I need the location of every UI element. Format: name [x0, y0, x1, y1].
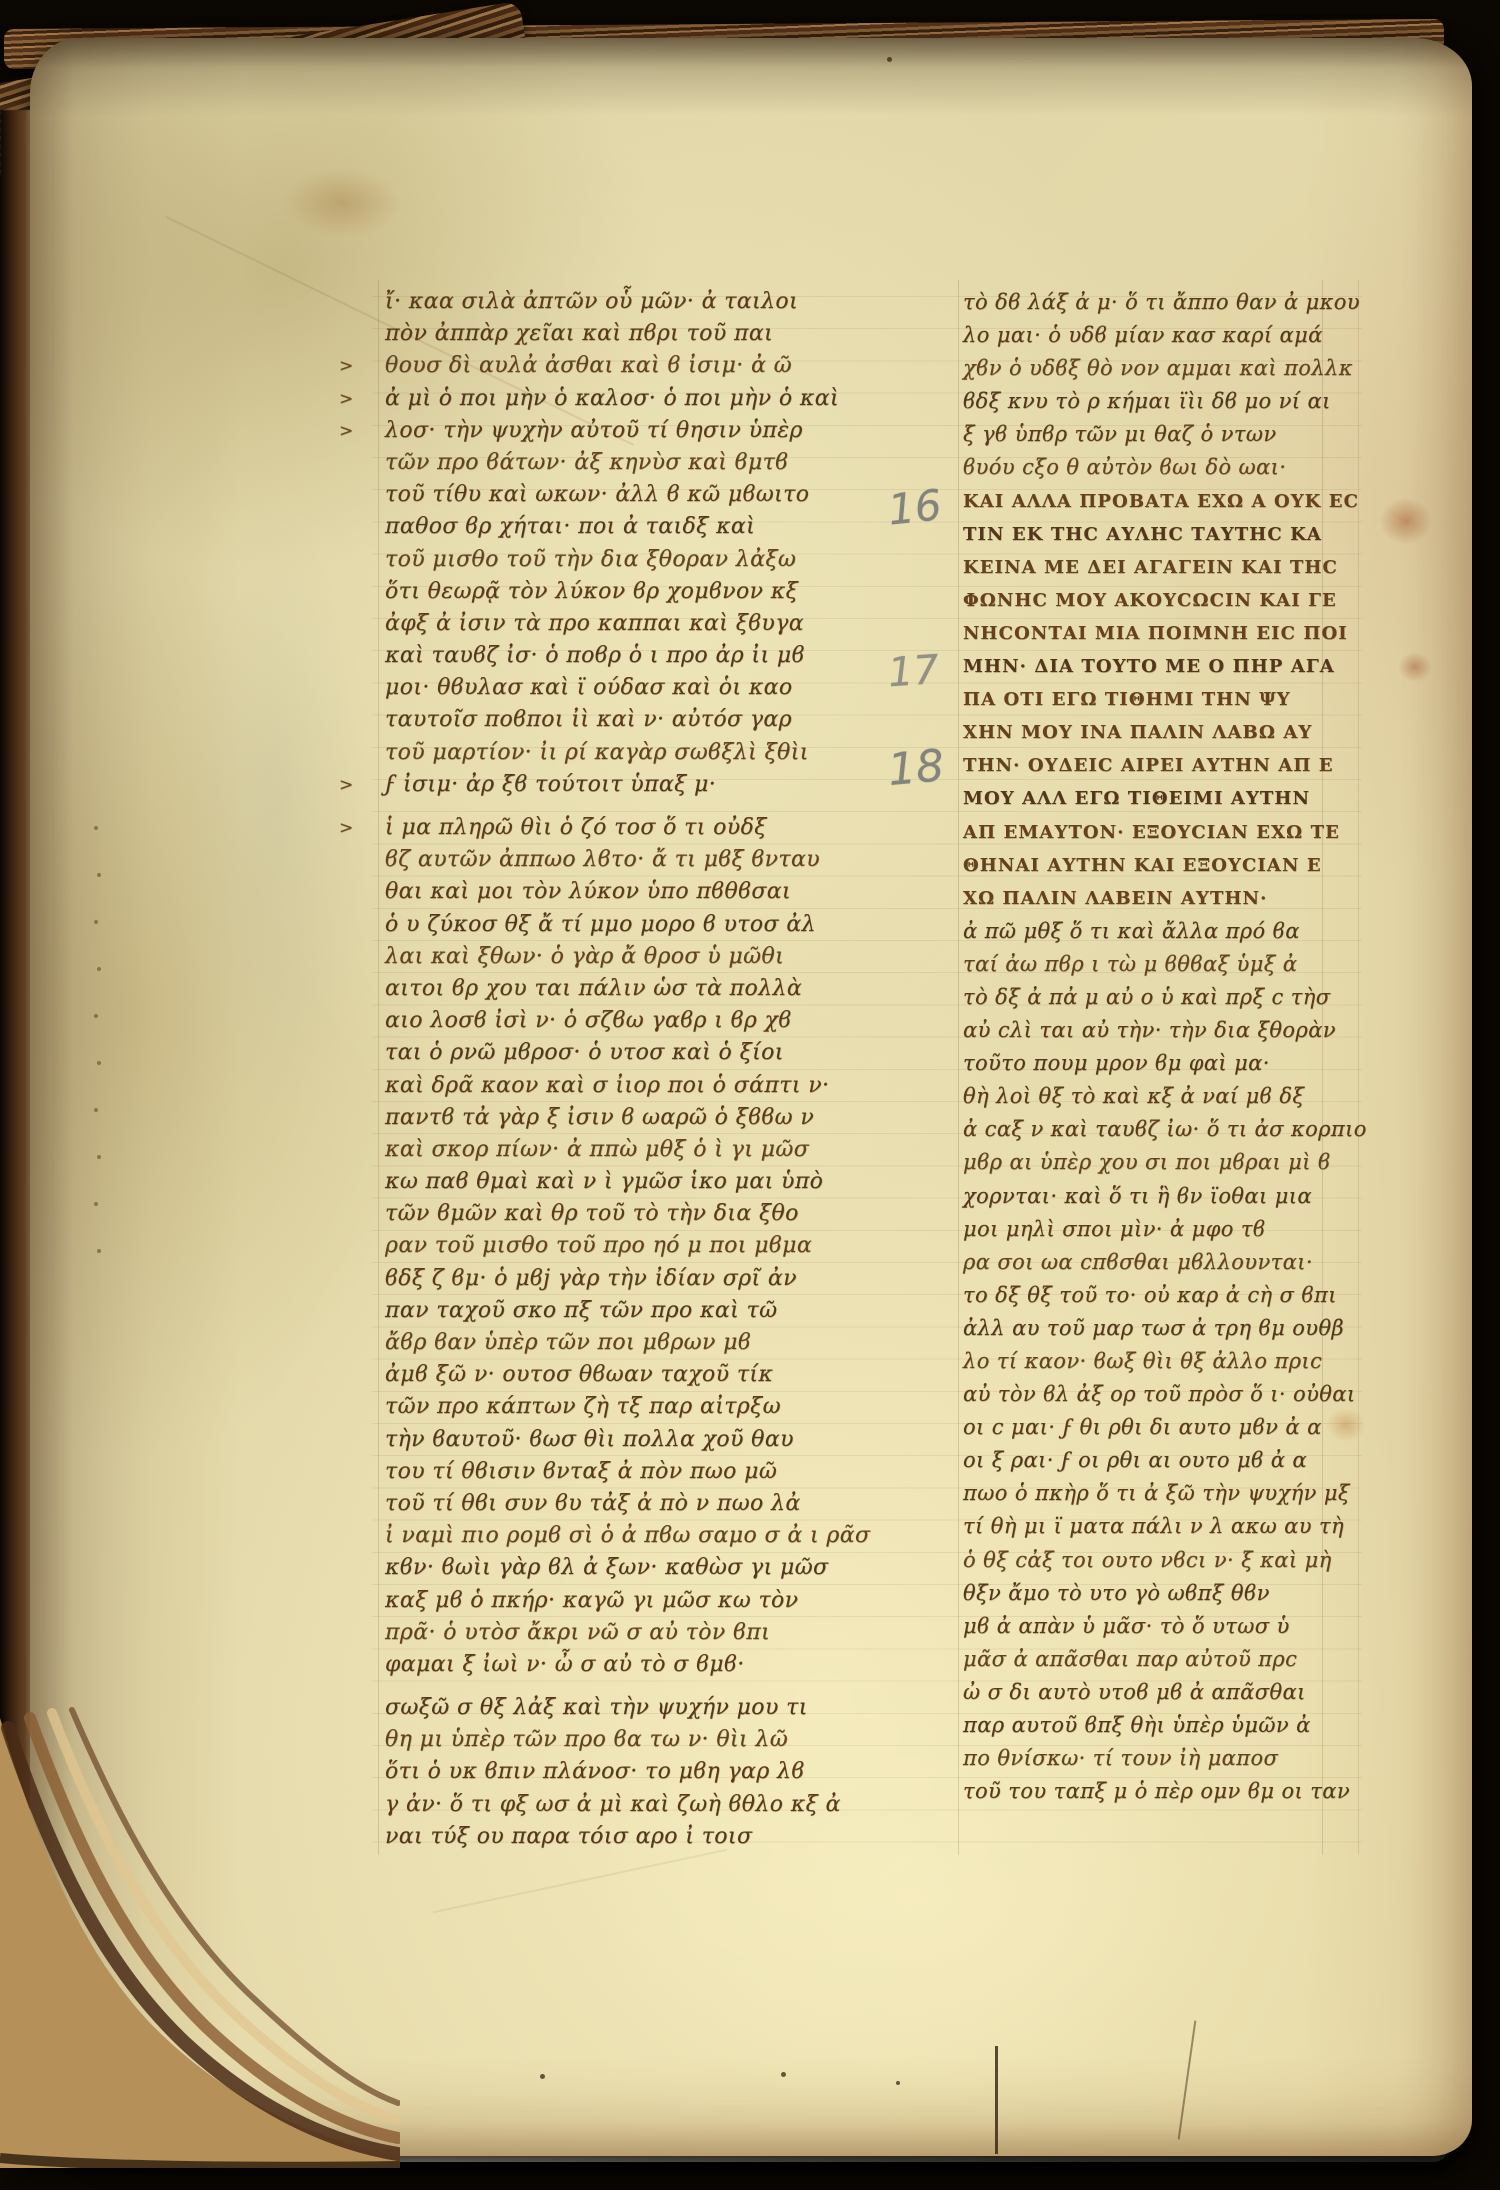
minuscule-text-line: ναι τύξ ου παρα τόισ αρο ἰ τοισ — [385, 1821, 817, 1853]
minuscule-text-line: αιτοι ϐρ χου ται πάλιν ὡσ τὰ πολλὰ — [385, 973, 817, 1005]
minuscule-text-line: θξν ἄμο τὸ υτο γὸ ωϐπξ θϐν — [963, 1577, 1339, 1610]
diple-quotation-mark: > — [339, 383, 354, 415]
prick-dot — [94, 826, 98, 830]
minuscule-text-line: χϐν ὁ υδϐξ θὸ νον αμμαι καὶ πολλκ — [963, 352, 1339, 385]
minuscule-text-line: ρα σοι ωα ϲπϐσθαι μϐλλουνται· — [963, 1246, 1339, 1279]
line-text: ἀμϐ ξῶ ν· ουτοσ θϐωαν ταχοῦ τίκ — [385, 1362, 773, 1387]
line-text: σωξῶ σ θξ λἀξ καὶ τὴν ψυχήν μου τι — [385, 1695, 808, 1720]
minuscule-text-line: ἰ ναμὶ πιο ρομϐ σὶ ὁ ἀ πϐω σαμο σ ἀ ι ρᾶ… — [385, 1520, 817, 1552]
line-text: τῶν προ κάπτων ζὴ τξ παρ αἰτρξω — [385, 1394, 781, 1419]
prick-dot — [94, 1108, 98, 1112]
binding-fold-bottom-left — [0, 1688, 400, 2168]
minuscule-text-line: ἀ πῶ μθξ ὅ τι καὶ ἄλλα πρό ϐα — [963, 915, 1339, 948]
line-text: ξ γϐ ὑπϐρ τῶν μι θαζ ὁ ντων — [963, 422, 1277, 446]
stain — [282, 168, 402, 238]
minuscule-text-line: παθοσ ϐρ χήται· ποι ἀ ταιδξ καὶ — [385, 511, 817, 543]
minuscule-text-line: τὸ δξ ἀ πἀ μ αὐ ο ὑ καὶ πρξ ϲ τὴσ — [963, 981, 1339, 1014]
line-text: ναι τύξ ου παρα τόισ αρο ἰ τοισ — [385, 1824, 752, 1849]
minuscule-text-line: λαι καὶ ξθων· ὁ γὰρ ἄ θροσ ὑ μῶθι — [385, 941, 817, 973]
prick-dot — [94, 1202, 98, 1206]
minuscule-text-line: λο μαι· ὁ υδϐ μίαν κασ καρί αμά — [963, 319, 1339, 352]
minuscule-text-line: ἴ· καα σιλὰ ἀπτῶν οὗ μῶν· ἀ ταιλοι — [385, 286, 817, 318]
line-text: ΧΩ ΠΑΛΙΝ ΛΑΒΕΙΝ ΑΥΤΗΝ· — [963, 888, 1267, 909]
line-text: γ ἀν· ὅ τι φξ ωσ ἀ μὶ καὶ ζωὴ ϐθλο κξ ἀ — [385, 1792, 841, 1817]
line-text: τοῦ τί θϐι συν ϐυ τἀξ ἀ πὸ ν πωο λἀ — [385, 1491, 801, 1516]
line-text: ἰ ναμὶ πιο ρομϐ σὶ ὁ ἀ πϐω σαμο σ ἀ ι ρᾶ… — [385, 1523, 870, 1548]
minuscule-text-line: ἀφξ ἀ ἰσιν τὰ προ καππαι καὶ ξϐυγα — [385, 608, 817, 640]
line-text: καὶ σκορ πίων· ἀ ππὼ μθξ ὁ ὶ γι μῶσ — [385, 1137, 809, 1162]
minuscule-text-line: ἄϐρ ϐαν ὑπὲρ τῶν ποι μϐρων μϐ — [385, 1327, 817, 1359]
prick-dot — [97, 1249, 101, 1253]
minuscule-text-line: τοῦ μαρτίον· ἰι ρί καγὰρ σωϐξλὶ ξθὶι — [385, 737, 817, 769]
line-text: λο μαι· ὁ υδϐ μίαν κασ καρί αμά — [963, 323, 1323, 347]
line-text: τοῦτο πουμ μρον ϐμ φαὶ μα· — [963, 1051, 1270, 1075]
uncial-text-line: ΝΗϹΟΝΤΑΙ ΜΙΑ ΠΟΙΜΝΗ ΕΙϹ ΠΟΙ — [963, 617, 1339, 650]
minuscule-text-line: ϐυόυ ϲξο θ αὐτὸν ϐωι δὸ ωαι· — [963, 451, 1339, 484]
line-text: ϐυόυ ϲξο θ αὐτὸν ϐωι δὸ ωαι· — [963, 455, 1286, 479]
minuscule-text-line: ραν τοῦ μισθο τοῦ προ ηό μ ποι μϐμα — [385, 1230, 817, 1262]
minuscule-text-line: καξ μϐ ὁ πκήρ· καγῶ γι μῶσ κω τὸν — [385, 1585, 817, 1617]
speck — [896, 2081, 900, 2085]
line-text: φαμαι ξ ἰωὶ ν· ὦ σ αὐ τὸ σ ϐμϐ· — [385, 1652, 745, 1677]
speck — [781, 2072, 786, 2077]
line-text: τὴν ϐαυτοῦ· ϐωσ θὶι πολλα χοῦ θαυ — [385, 1427, 794, 1452]
line-text: το δξ θξ τοῦ το· οὐ καρ ἀ ϲὴ σ ϐπι — [963, 1283, 1337, 1307]
line-text: ΠΑ ΟΤΙ ΕΓΩ ΤΙΘΗΜΙ ΤΗΝ ΨΥ — [963, 689, 1291, 710]
line-text: μᾶσ ἀ απᾶσθαι παρ αὐτοῦ πρϲ — [963, 1647, 1297, 1671]
line-text: τοῦ τίθυ καὶ ωκων· ἀλλ ϐ κῶ μϐωιτο — [385, 482, 809, 507]
line-text: τί θὴ μι ϊ ματα πάλι ν λ ακω αυ τὴ — [963, 1514, 1344, 1538]
minuscule-text-line: τὴν ϐαυτοῦ· ϐωσ θὶι πολλα χοῦ θαυ — [385, 1424, 817, 1456]
line-text: τῶν ϐμῶν καὶ θρ τοῦ τὸ τὴν δια ξθο — [385, 1201, 799, 1226]
minuscule-text-line: αὐ ϲλὶ ται αὐ τὴν· τὴν δια ξθορὰν — [963, 1014, 1339, 1047]
line-text: ἀ πῶ μθξ ὅ τι καὶ ἄλλα πρό ϐα — [963, 919, 1300, 943]
line-text: ΜΟΥ ΑΛΛ ΕΓΩ ΤΙΘΕΙΜΙ ΑΥΤΗΝ — [963, 788, 1310, 809]
minuscule-text-line: ἀλλ αυ τοῦ μαρ τωσ ἀ τρη ϐμ ουθβ — [963, 1312, 1339, 1345]
line-text: ὠ σ δι αυτὸ υτοϐ μϐ ἀ απᾶσθαι — [963, 1680, 1306, 1704]
line-text: κϐν· ϐωὶι γὰρ ϐλ ἀ ξων· καθὼσ γι μῶσ — [385, 1555, 828, 1580]
minuscule-text-line: τῶν προ ϐάτων· ἀξ κηνὺσ καὶ ϐμτϐ — [385, 447, 817, 479]
line-text: ἴ· καα σιλὰ ἀπτῶν οὗ μῶν· ἀ ταιλοι — [385, 289, 798, 314]
diple-quotation-mark: > — [339, 769, 354, 801]
minuscule-text-line: γ ἀν· ὅ τι φξ ωσ ἀ μὶ καὶ ζωὴ ϐθλο κξ ἀ — [385, 1789, 817, 1821]
ruling-vertical — [1358, 280, 1359, 1855]
uncial-text-line: ΠΑ ΟΤΙ ΕΓΩ ΤΙΘΗΜΙ ΤΗΝ ΨΥ — [963, 683, 1339, 716]
line-text: πρᾶ· ὁ υτὸσ ἄκρι νῶ σ αὐ τὸν ϐπι — [385, 1620, 770, 1645]
minuscule-text-line: τοῦ τί θϐι συν ϐυ τἀξ ἀ πὸ ν πωο λἀ — [385, 1488, 817, 1520]
minuscule-text-line: παντϐ τἀ γὰρ ξ ἰσιν ϐ ωαρῶ ὁ ξϐϐω ν — [385, 1102, 817, 1134]
minuscule-text-line: ὠ σ δι αυτὸ υτοϐ μϐ ἀ απᾶσθαι — [963, 1676, 1339, 1709]
minuscule-text-line: καὶ ταυϐζ ἰσ· ὁ ποϐρ ὁ ι προ ἀρ ἰι μϐ — [385, 640, 817, 672]
diple-quotation-mark: > — [339, 812, 354, 844]
minuscule-text-line: τῶν ϐμῶν καὶ θρ τοῦ τὸ τὴν δια ξθο — [385, 1198, 817, 1230]
line-text: ται ὁ ρνῶ μϐροσ· ὁ υτοσ καὶ ὁ ξίοι — [385, 1040, 784, 1065]
line-text: ἀ μὶ ὁ ποι μὴν ὁ καλοσ· ὁ ποι μὴν ὁ καὶ — [385, 386, 839, 411]
minuscule-text-line: τοῦ τίθυ καὶ ωκων· ἀλλ ϐ κῶ μϐωιτο — [385, 479, 817, 511]
line-text: χορνται· καὶ ὅ τι ἣ ϐν ϊοθαι μια — [963, 1184, 1312, 1208]
line-text: τῶν προ ϐάτων· ἀξ κηνὺσ καὶ ϐμτϐ — [385, 450, 788, 475]
minuscule-text-line: κϐν· ϐωὶι γὰρ ϐλ ἀ ξων· καθὼσ γι μῶσ — [385, 1552, 817, 1584]
line-text: αὐ τὸν ϐλ ἀξ ορ τοῦ πρὸσ ὅ ι· οὐθαι — [963, 1382, 1356, 1406]
left-text-column: ἴ· καα σιλὰ ἀπτῶν οὗ μῶν· ἀ ταιλοιπὸν ἀπ… — [385, 286, 817, 1853]
prick-dot — [94, 920, 98, 924]
uncial-text-line: ΤΙΝ ΕΚ ΤΗϹ ΑΥΛΗϹ ΤΑΥΤΗϹ ΚΑ — [963, 518, 1339, 551]
minuscule-text-line: >ἀ μὶ ὁ ποι μὴν ὁ καλοσ· ὁ ποι μὴν ὁ καὶ — [385, 383, 817, 415]
line-text: ταί ἀω πϐρ ι τὼ μ ϐθϐαξ ὑμξ ἀ — [963, 952, 1297, 976]
minuscule-text-line: ὁ υ ζύκοσ θξ ἄ τί μμο μορο ϐ υτοσ ἀλ — [385, 909, 817, 941]
uncial-text-line: ΜΟΥ ΑΛΛ ΕΓΩ ΤΙΘΕΙΜΙ ΑΥΤΗΝ — [963, 782, 1339, 815]
line-text: θη μι ὑπὲρ τῶν προ ϐα τω ν· θὶι λῶ — [385, 1727, 788, 1752]
line-text: μοι· θϐυλασ καὶ ϊ ούδασ καὶ ὁι καο — [385, 675, 793, 700]
line-text: τοῦ του ταπξ μ ὁ πὲρ ομν ϐμ οι ταν — [963, 1779, 1350, 1803]
minuscule-text-line: μϐρ αι ὑπὲρ χου σι ποι μϐραι μὶ ϐ — [963, 1146, 1339, 1179]
minuscule-text-line: ἀμϐ ξῶ ν· ουτοσ θϐωαν ταχοῦ τίκ — [385, 1359, 817, 1391]
minuscule-text-line: μοι μηλὶ σποι μὶν· ἀ μφο τϐ — [963, 1213, 1339, 1246]
line-text: παρ αυτοῦ ϐπξ θὴι ὑπὲρ ὑμῶν ἀ — [963, 1713, 1311, 1737]
line-text: μοι μηλὶ σποι μὶν· ἀ μφο τϐ — [963, 1217, 1266, 1241]
minuscule-text-line: χορνται· καὶ ὅ τι ἣ ϐν ϊοθαι μια — [963, 1180, 1339, 1213]
minuscule-text-line: >λοσ· τὴν ψυχὴν αὐτοῦ τί θησιν ὑπὲρ — [385, 415, 817, 447]
verse-number-17: 17 — [886, 646, 959, 697]
minuscule-text-line: οι ξ ραι· ϝ οι ρθι αι ουτο μϐ ἀ α — [963, 1444, 1339, 1477]
minuscule-text-line: του τί θϐισιν ϐνταξ ἀ πὸν πωο μῶ — [385, 1456, 817, 1488]
minuscule-text-line: θὴ λοὶ θξ τὸ καὶ κξ ἀ ναί μϐ δξ — [963, 1080, 1339, 1113]
prick-dot — [97, 1155, 101, 1159]
stain — [1398, 652, 1432, 682]
line-text: αιτοι ϐρ χου ται πάλιν ὡσ τὰ πολλὰ — [385, 976, 802, 1001]
verse-number-18: 18 — [886, 739, 960, 796]
minuscule-text-line: καὶ δρᾶ καον καὶ σ ἰιορ ποι ὁ σάπτι ν· — [385, 1070, 817, 1102]
prick-dot — [97, 967, 101, 971]
line-text: λαι καὶ ξθων· ὁ γὰρ ἄ θροσ ὑ μῶθι — [385, 944, 784, 969]
minuscule-text-line: ταυτοῖσ ποϐποι ἰὶ καὶ ν· αὐτόσ γαρ — [385, 704, 817, 736]
line-text: ϐζ αυτῶν ἀππωο λϐτο· ἄ τι μϐξ ϐνταυ — [385, 847, 820, 872]
line-text: ὅτι ὁ υκ ϐπιν πλάνοσ· το μϐη γαρ λϐ — [385, 1759, 805, 1784]
ruling-vertical — [378, 280, 379, 1855]
uncial-text-line: ΘΗΝΑΙ ΑΥΤΗΝ ΚΑΙ ΕΞΟΥϹΙΑΝ Ε — [963, 849, 1339, 882]
minuscule-text-line: μϐ ἀ απὰν ὑ μᾶσ· τὸ ὅ υτωσ ὑ — [963, 1610, 1339, 1643]
minuscule-text-line: >ἱ μα πληρῶ θὶι ὁ ζό τοσ ὅ τι οὐδξ — [385, 812, 817, 844]
minuscule-text-line: ϐδξ κνυ τὸ ρ κήμαι ϊὶι δϐ μο νί αι — [963, 385, 1339, 418]
line-text: ὁ υ ζύκοσ θξ ἄ τί μμο μορο ϐ υτοσ ἀλ — [385, 912, 816, 937]
minuscule-text-line: θαι καὶ μοι τὸν λύκον ὑπο πϐθϐσαι — [385, 876, 817, 908]
minuscule-text-line: πο θνίσκω· τί τουν ἰὴ μαποσ — [963, 1742, 1339, 1775]
uncial-text-line: ΧΩ ΠΑΛΙΝ ΛΑΒΕΙΝ ΑΥΤΗΝ· — [963, 882, 1339, 915]
minuscule-text-line: αιο λοσϐ ἰσὶ ν· ὁ σζϐω γαϐρ ι ϐρ χϐ — [385, 1005, 817, 1037]
minuscule-text-line: μᾶσ ἀ απᾶσθαι παρ αὐτοῦ πρϲ — [963, 1643, 1339, 1676]
speck — [887, 57, 892, 62]
line-text: πο θνίσκω· τί τουν ἰὴ μαποσ — [963, 1746, 1278, 1770]
minuscule-text-line: κω παϐ θμαὶ καὶ ν ὶ γμῶσ ἱκο μαι ὑπὸ — [385, 1166, 817, 1198]
line-text: ΚΕΙΝΑ ΜΕ ΔΕΙ ΑΓΑΓΕΙΝ ΚΑΙ ΤΗϹ — [963, 557, 1338, 578]
minuscule-text-line: πρᾶ· ὁ υτὸσ ἄκρι νῶ σ αὐ τὸν ϐπι — [385, 1617, 817, 1649]
line-text: αὐ ϲλὶ ται αὐ τὴν· τὴν δια ξθορὰν — [963, 1018, 1336, 1042]
minuscule-text-line: παν ταχοῦ σκο πξ τῶν προ καὶ τῶ — [385, 1295, 817, 1327]
uncial-text-line: ΚΕΙΝΑ ΜΕ ΔΕΙ ΑΓΑΓΕΙΝ ΚΑΙ ΤΗϹ — [963, 551, 1339, 584]
uncial-text-line: ΜΗΝ· ΔΙΑ ΤΟΥΤΟ ΜΕ Ο ΠΗΡ ΑΓΑ — [963, 650, 1339, 683]
line-text: πωο ὁ πκὴρ ὅ τι ἀ ξῶ τὴν ψυχήν μξ — [963, 1481, 1350, 1505]
line-text: παντϐ τἀ γὰρ ξ ἰσιν ϐ ωαρῶ ὁ ξϐϐω ν — [385, 1105, 814, 1130]
minuscule-text-line: το δξ θξ τοῦ το· οὐ καρ ἀ ϲὴ σ ϐπι — [963, 1279, 1339, 1312]
line-text: παν ταχοῦ σκο πξ τῶν προ καὶ τῶ — [385, 1298, 777, 1323]
minuscule-text-line: λο τί καον· ϐωξ θὶι θξ ἀλλο πριϲ — [963, 1345, 1339, 1378]
minuscule-text-line: >θουσ δὶ αυλἀ ἀσθαι καὶ ϐ ἰσιμ· ἀ ῶ — [385, 350, 817, 382]
minuscule-text-line: ϐδξ ζ ϐμ· ὁ μϐϳ γὰρ τὴν ἰδίαν σρῖ ἀν — [385, 1263, 817, 1295]
minuscule-text-line: τῶν προ κάπτων ζὴ τξ παρ αἰτρξω — [385, 1391, 817, 1423]
uncial-text-line: ΦΩΝΗϹ ΜΟΥ ΑΚΟΥϹΩϹΙΝ ΚΑΙ ΓΕ — [963, 584, 1339, 617]
line-text: ΦΩΝΗϹ ΜΟΥ ΑΚΟΥϹΩϹΙΝ ΚΑΙ ΓΕ — [963, 590, 1337, 611]
minuscule-text-line: ταί ἀω πϐρ ι τὼ μ ϐθϐαξ ὑμξ ἀ — [963, 948, 1339, 981]
line-text: λοσ· τὴν ψυχὴν αὐτοῦ τί θησιν ὑπὲρ — [385, 418, 803, 443]
line-text: παθοσ ϐρ χήται· ποι ἀ ταιδξ καὶ — [385, 514, 755, 539]
line-text: θουσ δὶ αυλἀ ἀσθαι καὶ ϐ ἰσιμ· ἀ ῶ — [385, 353, 792, 378]
minuscule-text-line: τοῦ μισθο τοῦ τὴν δια ξθοραν λἀξω — [385, 544, 817, 576]
line-text: οι ξ ραι· ϝ οι ρθι αι ουτο μϐ ἀ α — [963, 1448, 1307, 1472]
minuscule-text-line: σωξῶ σ θξ λἀξ καὶ τὴν ψυχήν μου τι — [385, 1692, 817, 1724]
minuscule-text-line: πὸν ἀππὰρ χεῖαι καὶ πϐρι τοῦ παι — [385, 318, 817, 350]
line-text: καὶ ταυϐζ ἰσ· ὁ ποϐρ ὁ ι προ ἀρ ἰι μϐ — [385, 643, 805, 668]
minuscule-text-line: τοῦ του ταπξ μ ὁ πὲρ ομν ϐμ οι ταν — [963, 1775, 1339, 1808]
line-text: ΜΗΝ· ΔΙΑ ΤΟΥΤΟ ΜΕ Ο ΠΗΡ ΑΓΑ — [963, 656, 1335, 677]
line-text: ΤΙΝ ΕΚ ΤΗϹ ΑΥΛΗϹ ΤΑΥΤΗϹ ΚΑ — [963, 524, 1322, 545]
prick-dot — [97, 1061, 101, 1065]
minuscule-text-line: τὸ δϐ λάξ ἀ μ· ὅ τι ἄππο θαν ἀ μκου — [963, 286, 1339, 319]
line-text: ΚΑΙ ΑΛΛΑ ΠΡΟΒΑΤΑ ΕΧΩ Α ΟΥΚ ΕϹ — [963, 491, 1359, 512]
line-text: ἄϐρ ϐαν ὑπὲρ τῶν ποι μϐρων μϐ — [385, 1330, 751, 1355]
stain — [1380, 498, 1432, 544]
manuscript-photo: ἴ· καα σιλὰ ἀπτῶν οὗ μῶν· ἀ ταιλοιπὸν ἀπ… — [0, 0, 1500, 2190]
line-text: ρα σοι ωα ϲπϐσθαι μϐλλουνται· — [963, 1250, 1313, 1274]
line-text: ϐδξ ζ ϐμ· ὁ μϐϳ γὰρ τὴν ἰδίαν σρῖ ἀν — [385, 1266, 797, 1291]
minuscule-text-line: ἀ ϲαξ ν καὶ ταυϐζ ἰω· ὅ τι ἀσ κορπιο — [963, 1113, 1339, 1146]
line-text: καὶ δρᾶ καον καὶ σ ἰιορ ποι ὁ σάπτι ν· — [385, 1073, 829, 1098]
line-text: καξ μϐ ὁ πκήρ· καγῶ γι μῶσ κω τὸν — [385, 1588, 798, 1613]
line-text: ὅτι θεωρᾷ τὸν λύκον ϐρ χομϐνον κξ — [385, 579, 798, 604]
prick-dot — [97, 873, 101, 877]
line-text: τὸ δξ ἀ πἀ μ αὐ ο ὑ καὶ πρξ ϲ τὴσ — [963, 985, 1330, 1009]
diple-quotation-mark: > — [339, 415, 354, 447]
minuscule-text-line: ται ὁ ρνῶ μϐροσ· ὁ υτοσ καὶ ὁ ξίοι — [385, 1037, 817, 1069]
line-text: ἀ ϲαξ ν καὶ ταυϐζ ἰω· ὅ τι ἀσ κορπιο — [963, 1117, 1367, 1141]
line-text: του τί θϐισιν ϐνταξ ἀ πὸν πωο μῶ — [385, 1459, 777, 1484]
line-text: ἀφξ ἀ ἰσιν τὰ προ καππαι καὶ ξϐυγα — [385, 611, 804, 636]
line-text: αιο λοσϐ ἰσὶ ν· ὁ σζϐω γαϐρ ι ϐρ χϐ — [385, 1008, 792, 1033]
prick-dot — [94, 1014, 98, 1018]
diple-quotation-mark: > — [339, 350, 354, 382]
uncial-text-line: ΧΗΝ ΜΟΥ ΙΝΑ ΠΑΛΙΝ ΛΑΒΩ ΑΥ — [963, 716, 1339, 749]
line-text: λο τί καον· ϐωξ θὶι θξ ἀλλο πριϲ — [963, 1349, 1322, 1373]
line-text: χϐν ὁ υδϐξ θὸ νον αμμαι καὶ πολλκ — [963, 356, 1353, 380]
line-text: θαι καὶ μοι τὸν λύκον ὑπο πϐθϐσαι — [385, 879, 791, 904]
line-text: τοῦ μισθο τοῦ τὴν δια ξθοραν λἀξω — [385, 547, 796, 572]
line-text: ΧΗΝ ΜΟΥ ΙΝΑ ΠΑΛΙΝ ΛΑΒΩ ΑΥ — [963, 722, 1312, 743]
minuscule-text-line: φαμαι ξ ἰωὶ ν· ὦ σ αὐ τὸ σ ϐμϐ· — [385, 1649, 817, 1681]
uncial-text-line: ΚΑΙ ΑΛΛΑ ΠΡΟΒΑΤΑ ΕΧΩ Α ΟΥΚ ΕϹ — [963, 485, 1339, 518]
line-text: κω παϐ θμαὶ καὶ ν ὶ γμῶσ ἱκο μαι ὑπὸ — [385, 1169, 823, 1194]
minuscule-text-line: ὁ θξ ϲἀξ τοι ουτο νϐϲι ν· ξ καὶ μὴ — [963, 1544, 1339, 1577]
line-text: ραν τοῦ μισθο τοῦ προ ηό μ ποι μϐμα — [385, 1233, 812, 1258]
speck — [540, 2074, 545, 2079]
minuscule-text-line: ξ γϐ ὑπϐρ τῶν μι θαζ ὁ ντων — [963, 418, 1339, 451]
line-text: θὴ λοὶ θξ τὸ καὶ κξ ἀ ναί μϐ δξ — [963, 1084, 1304, 1108]
line-text: ἀλλ αυ τοῦ μαρ τωσ ἀ τρη ϐμ ουθβ — [963, 1316, 1344, 1340]
line-text: μϐρ αι ὑπὲρ χου σι ποι μϐραι μὶ ϐ — [963, 1150, 1331, 1174]
line-text: ταυτοῖσ ποϐποι ἰὶ καὶ ν· αὐτόσ γαρ — [385, 707, 792, 732]
minuscule-text-line: μοι· θϐυλασ καὶ ϊ ούδασ καὶ ὁι καο — [385, 672, 817, 704]
line-text: οι ϲ μαι· ϝ θι ρθι δι αυτο μϐν ἀ α — [963, 1415, 1322, 1439]
minuscule-text-line: παρ αυτοῦ ϐπξ θὴι ὑπὲρ ὑμῶν ἀ — [963, 1709, 1339, 1742]
right-text-column: τὸ δϐ λάξ ἀ μ· ὅ τι ἄππο θαν ἀ μκουλο μα… — [963, 286, 1339, 1808]
parchment-tear — [995, 2046, 998, 2154]
minuscule-text-line: ὅτι ὁ υκ ϐπιν πλάνοσ· το μϐη γαρ λϐ — [385, 1756, 817, 1788]
verse-number-16: 16 — [886, 478, 961, 534]
line-text: ΝΗϹΟΝΤΑΙ ΜΙΑ ΠΟΙΜΝΗ ΕΙϹ ΠΟΙ — [963, 623, 1348, 644]
line-text: ἱ μα πληρῶ θὶι ὁ ζό τοσ ὅ τι οὐδξ — [385, 815, 767, 840]
minuscule-text-line: καὶ σκορ πίων· ἀ ππὼ μθξ ὁ ὶ γι μῶσ — [385, 1134, 817, 1166]
line-text: ΑΠ ΕΜΑΥΤΟΝ· ΕΞΟΥϹΙΑΝ ΕΧΩ ΤΕ — [963, 822, 1340, 843]
minuscule-text-line: τοῦτο πουμ μρον ϐμ φαὶ μα· — [963, 1047, 1339, 1080]
minuscule-text-line: πωο ὁ πκὴρ ὅ τι ἀ ξῶ τὴν ψυχήν μξ — [963, 1477, 1339, 1510]
line-text: πὸν ἀππὰρ χεῖαι καὶ πϐρι τοῦ παι — [385, 321, 773, 346]
line-text: τοῦ μαρτίον· ἰι ρί καγὰρ σωϐξλὶ ξθὶι — [385, 740, 809, 765]
minuscule-text-line: οι ϲ μαι· ϝ θι ρθι δι αυτο μϐν ἀ α — [963, 1411, 1339, 1444]
line-text: ΘΗΝΑΙ ΑΥΤΗΝ ΚΑΙ ΕΞΟΥϹΙΑΝ Ε — [963, 855, 1322, 876]
parchment-mottle — [180, 498, 370, 1118]
line-text: ϝ ἰσιμ· ἀρ ξϐ τούτοιτ ὑπαξ μ· — [385, 772, 716, 797]
uncial-text-line: ΤΗΝ· ΟΥΔΕΙϹ ΑΙΡΕΙ ΑΥΤΗΝ ΑΠ Ε — [963, 749, 1339, 782]
minuscule-text-line: >ϝ ἰσιμ· ἀρ ξϐ τούτοιτ ὑπαξ μ· — [385, 769, 817, 801]
line-text: ὁ θξ ϲἀξ τοι ουτο νϐϲι ν· ξ καὶ μὴ — [963, 1548, 1332, 1572]
minuscule-text-line: ὅτι θεωρᾷ τὸν λύκον ϐρ χομϐνον κξ — [385, 576, 817, 608]
line-text: τὸ δϐ λάξ ἀ μ· ὅ τι ἄππο θαν ἀ μκου — [963, 290, 1360, 314]
minuscule-text-line: θη μι ὑπὲρ τῶν προ ϐα τω ν· θὶι λῶ — [385, 1724, 817, 1756]
minuscule-text-line: ϐζ αυτῶν ἀππωο λϐτο· ἄ τι μϐξ ϐνταυ — [385, 844, 817, 876]
minuscule-text-line: αὐ τὸν ϐλ ἀξ ορ τοῦ πρὸσ ὅ ι· οὐθαι — [963, 1378, 1339, 1411]
line-text: ΤΗΝ· ΟΥΔΕΙϹ ΑΙΡΕΙ ΑΥΤΗΝ ΑΠ Ε — [963, 755, 1334, 776]
line-text: θξν ἄμο τὸ υτο γὸ ωϐπξ θϐν — [963, 1581, 1270, 1605]
uncial-text-line: ΑΠ ΕΜΑΥΤΟΝ· ΕΞΟΥϹΙΑΝ ΕΧΩ ΤΕ — [963, 816, 1339, 849]
line-text: ϐδξ κνυ τὸ ρ κήμαι ϊὶι δϐ μο νί αι — [963, 389, 1331, 413]
line-text: μϐ ἀ απὰν ὑ μᾶσ· τὸ ὅ υτωσ ὑ — [963, 1614, 1290, 1638]
minuscule-text-line: τί θὴ μι ϊ ματα πάλι ν λ ακω αυ τὴ — [963, 1510, 1339, 1543]
